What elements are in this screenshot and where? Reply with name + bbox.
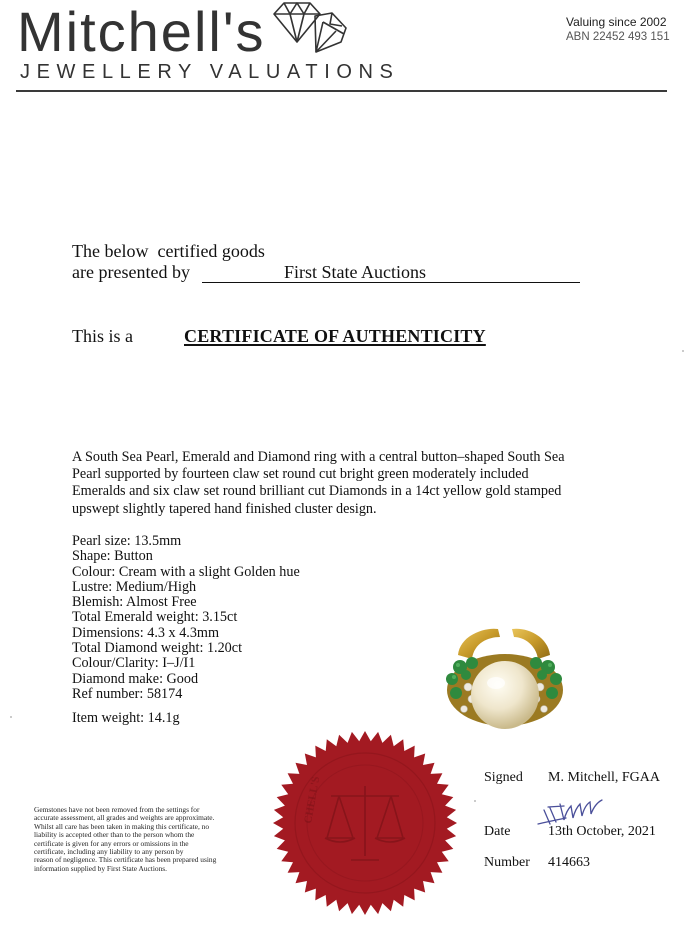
red-seal-icon: CHELL'S (265, 728, 465, 918)
spec-row: Total Diamond weight: 1.20ct (72, 641, 300, 656)
scan-speck (10, 716, 12, 718)
certified-goods-line: The below certified goods (72, 241, 265, 262)
presented-by-label: are presented by (72, 262, 190, 283)
spec-row: Colour: Cream with a slight Golden hue (72, 565, 300, 580)
disclaimer: Gemstones have not been removed from the… (34, 806, 264, 873)
scan-speck (474, 800, 476, 802)
certificate-prefix: This is a (72, 326, 133, 347)
item-description: A South Sea Pearl, Emerald and Diamond r… (72, 449, 572, 518)
abn-number: ABN 22452 493 151 (566, 30, 670, 44)
scan-speck (682, 350, 684, 352)
spec-row: Colour/Clarity: I–J/I1 (72, 656, 300, 671)
date-value: 13th October, 2021 (548, 824, 656, 840)
spec-row: Ref number: 58174 (72, 687, 300, 702)
disclaimer-line: information supplied by First State Auct… (34, 865, 264, 873)
spec-row: Total Emerald weight: 3.15ct (72, 610, 300, 625)
item-weight: Item weight: 14.1g (72, 710, 180, 726)
presenter-field: First State Auctions (202, 262, 580, 283)
brand-name: Mitchell's (17, 2, 266, 62)
specs-list: Pearl size: 13.5mmShape: ButtonColour: C… (72, 534, 300, 702)
signed-label: Signed (484, 770, 523, 786)
signer-name: M. Mitchell, FGAA (548, 770, 660, 786)
diamond-pair-icon (268, 0, 348, 58)
date-label: Date (484, 824, 510, 840)
certificate-title: CERTIFICATE OF AUTHENTICITY (184, 326, 486, 347)
certificate-number: 414663 (548, 855, 590, 871)
spec-row: Blemish: Almost Free (72, 595, 300, 610)
spec-row: Shape: Button (72, 549, 300, 564)
spec-row: Diamond make: Good (72, 672, 300, 687)
tagline: Valuing since 2002 (566, 15, 667, 30)
presenter-name: First State Auctions (284, 262, 426, 283)
ring-photo (430, 615, 580, 735)
header-divider (16, 90, 667, 92)
spec-row: Pearl size: 13.5mm (72, 534, 300, 549)
spec-row: Lustre: Medium/High (72, 580, 300, 595)
number-label: Number (484, 855, 530, 871)
brand-subtitle: JEWELLERY VALUATIONS (20, 60, 400, 84)
spec-row: Dimensions: 4.3 x 4.3mm (72, 626, 300, 641)
